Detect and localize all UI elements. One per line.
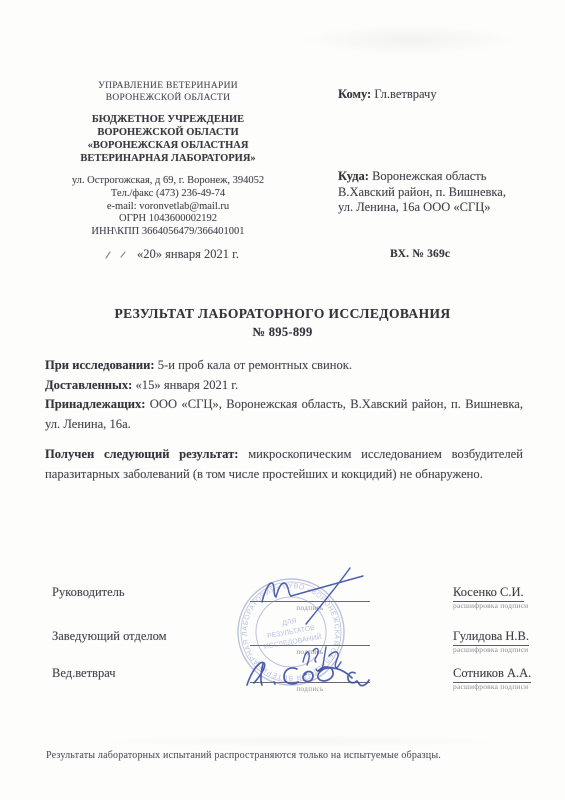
signature-caption: подпись	[250, 604, 370, 612]
org-line: ВЕТЕРИНАРНАЯ ЛАБОРАТОРИЯ»	[42, 152, 294, 165]
scanned-lab-report-page: УПРАВЛЕНИЕ ВЕТЕРИНАРИИ ВОРОНЕЖСКОЙ ОБЛАС…	[0, 0, 565, 800]
paragraph-text: 5-и проб кала от ремонтных свинок.	[158, 358, 352, 372]
signature-line	[250, 645, 370, 646]
org-line: БЮДЖЕТНОЕ УЧРЕЖДЕНИЕ	[42, 113, 294, 126]
signature-row-director: Руководитель подпись Косенко С.И. расшиф…	[52, 585, 552, 627]
report-body: При исследовании: 5-и проб кала от ремон…	[45, 356, 523, 485]
organization-contacts: ул. Острогожская, д 69, г. Воронеж, 3940…	[42, 175, 294, 239]
paragraph-label: Доставленных:	[45, 378, 132, 392]
signature-row-lead-vet: Вед.ветврач подпись Сотников А.А. расшиф…	[52, 666, 552, 708]
authority-line: УПРАВЛЕНИЕ ВЕТЕРИНАРИИ	[42, 80, 294, 92]
body-paragraph-examined: При исследовании: 5-и проб кала от ремон…	[45, 356, 523, 376]
addressee-block: Кому: Гл.ветврачу	[338, 87, 437, 102]
ogrn-line: ОГРН 1043600002192	[42, 213, 294, 226]
signature-caption: подпись	[250, 648, 370, 656]
to-value: Гл.ветврачу	[374, 87, 436, 101]
signature-row-head-of-department: Заведующий отделом подпись Гулидова Н.В.…	[52, 629, 552, 671]
title-number: № 895-899	[0, 325, 565, 340]
organization-name: БЮДЖЕТНОЕ УЧРЕЖДЕНИЕ ВОРОНЕЖСКОЙ ОБЛАСТИ…	[42, 113, 294, 165]
paragraph-text: «15» января 2021 г.	[135, 378, 238, 392]
destination-line: Куда: Воронежская область	[338, 169, 543, 185]
paragraph-label: Принадлежащих:	[45, 397, 145, 411]
email-line: e-mail: voronvetlab@mail.ru	[42, 201, 294, 214]
sender-block: УПРАВЛЕНИЕ ВЕТЕРИНАРИИ ВОРОНЕЖСКОЙ ОБЛАС…	[42, 80, 294, 239]
org-line: «ВОРОНЕЖСКАЯ ОБЛАСТНАЯ	[42, 139, 294, 152]
paragraph-label: Получен следующий результат:	[45, 447, 238, 461]
signer-name: Косенко С.И.	[453, 585, 524, 602]
authority-name: УПРАВЛЕНИЕ ВЕТЕРИНАРИИ ВОРОНЕЖСКОЙ ОБЛАС…	[42, 80, 294, 104]
footer-disclaimer: Результаты лабораторных испытаний распро…	[46, 750, 441, 761]
issue-date-text: «20» января 2021 г.	[137, 247, 239, 261]
body-paragraph-owner: Принадлежащих: ООО «СГЦ», Воронежская об…	[45, 395, 523, 434]
signer-name: Сотников А.А.	[453, 666, 531, 683]
destination-line: В.Хавский район, п. Вишневка,	[338, 185, 543, 201]
address-line: ул. Острогожская, д 69, г. Воронеж, 3940…	[42, 175, 294, 188]
body-paragraph-delivered: Доставленных: «15» января 2021 г.	[45, 376, 523, 396]
signer-name-caption: расшифровка подписи	[453, 645, 528, 654]
document-title: РЕЗУЛЬТАТ ЛАБОРАТОРНОГО ИССЛЕДОВАНИЯ № 8…	[0, 306, 565, 340]
inn-kpp-line: ИНН\КПП 3664056479/366401001	[42, 226, 294, 239]
title-line1: РЕЗУЛЬТАТ ЛАБОРАТОРНОГО ИССЛЕДОВАНИЯ	[0, 306, 565, 322]
issue-date-row: «20» января 2021 г.	[103, 247, 239, 262]
where-label: Куда:	[338, 169, 369, 183]
signer-role: Вед.ветврач	[52, 666, 116, 681]
signer-role: Заведующий отделом	[52, 629, 167, 644]
body-paragraph-result: Получен следующий результат: микроскопич…	[45, 445, 523, 484]
scan-smudge	[300, 25, 520, 55]
incoming-number: ВХ. № 369с	[390, 248, 450, 260]
where-value: Воронежская область	[372, 169, 486, 183]
authority-line: ВОРОНЕЖСКОЙ ОБЛАСТИ	[42, 92, 294, 104]
pen-mark-ink	[103, 249, 129, 261]
destination-line: ул. Ленина, 16а ООО «СГЦ»	[338, 200, 543, 216]
signer-role: Руководитель	[52, 585, 125, 600]
signer-name-caption: расшифровка подписи	[453, 601, 528, 610]
scan-smudge	[90, 735, 510, 747]
phone-line: Тел./факс (473) 236-49-74	[42, 188, 294, 201]
org-line: ВОРОНЕЖСКОЙ ОБЛАСТИ	[42, 126, 294, 139]
paragraph-label: При исследовании:	[45, 358, 155, 372]
signature-line	[250, 682, 370, 683]
destination-block: Куда: Воронежская область В.Хавский райо…	[338, 169, 543, 216]
signature-line	[250, 601, 370, 602]
to-label: Кому:	[338, 87, 371, 101]
signer-name: Гулидова Н.В.	[453, 629, 529, 646]
signature-caption: подпись	[250, 685, 370, 693]
signer-name-caption: расшифровка подписи	[453, 682, 528, 691]
